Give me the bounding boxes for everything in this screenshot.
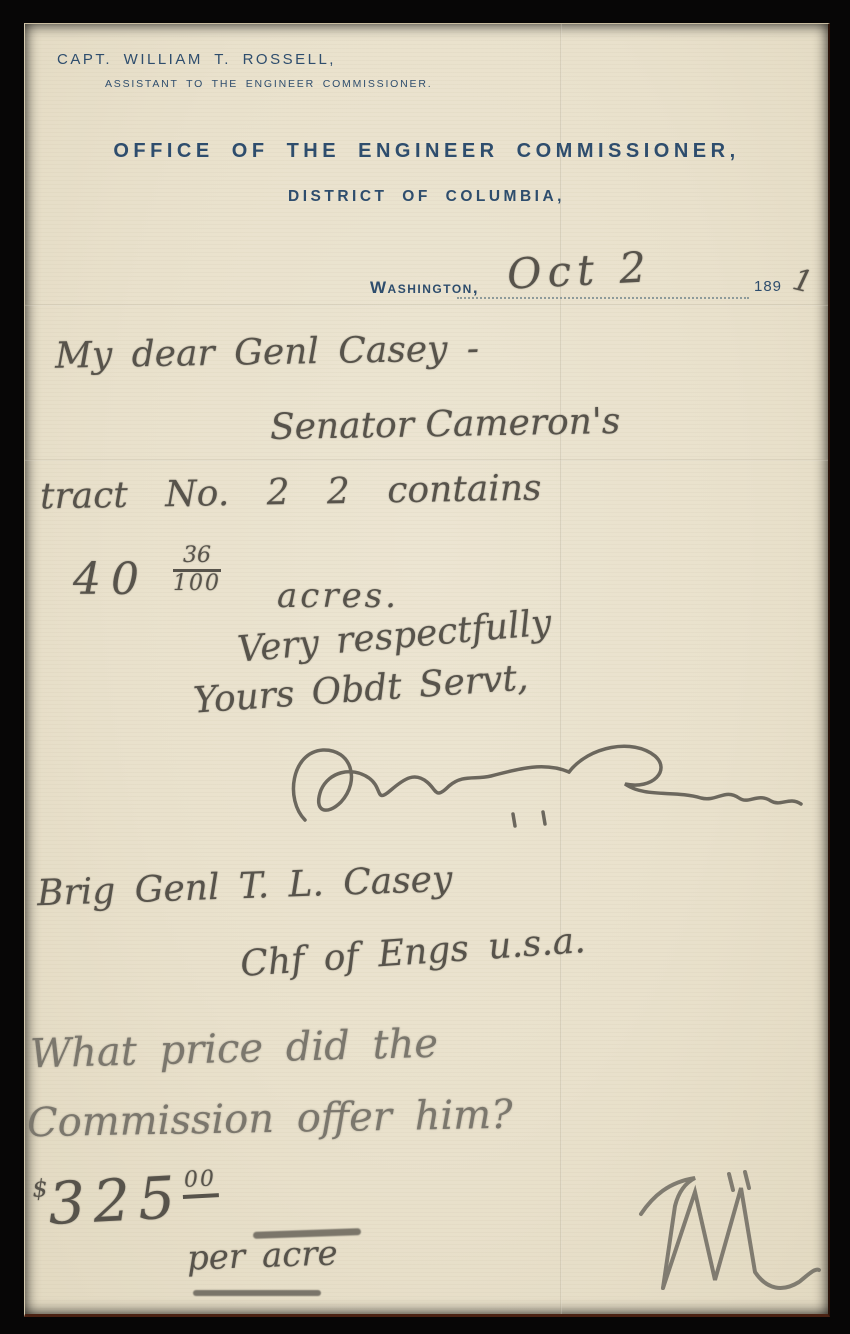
reviewer-monogram-scrawl [633,1152,823,1317]
dateline-year-printed: 189 [754,278,782,295]
body-line-2: tract No. 2 2 contains [40,468,542,518]
letterhead-office-title: OFFICE OF THE ENGINEER COMMISSIONER, [25,140,828,163]
body-line-1: Senator Cameron's [270,401,621,448]
horizontal-fold-crease-upper [25,304,828,306]
vertical-fold-crease [560,24,562,1314]
amount-cents: 00 [181,1166,219,1199]
letter-paper: CAPT. WILLIAM T. ROSSELL, ASSISTANT TO T… [24,23,830,1317]
annotation-amount: $32500 [31,1161,220,1239]
annotation-question-line-1: What price did the [29,1021,438,1078]
horizontal-fold-crease-lower [25,459,828,461]
annotation-question-line-2: Commission offer him? [27,1092,513,1146]
letterhead-district-line: DISTRICT OF COLUMBIA, [25,188,828,206]
addressee-line-1: Brig Genl T. L. Casey [36,859,453,914]
signature-scrawl [277,722,812,840]
handwritten-date: Oct 2 [506,242,653,299]
addressee-line-2: Chf of Engs u.s.a. [239,920,587,985]
amount-main-digits: 325 [47,1163,185,1238]
per-acre-underline-smudge [193,1290,321,1296]
salutation: My dear Genl Casey - [55,328,480,376]
acreage-whole-number: 40 [73,554,149,605]
letterhead-officer-name: CAPT. WILLIAM T. ROSSELL, [57,51,336,68]
handwritten-year-digit: 1 [789,262,816,301]
letterhead-officer-title: ASSISTANT TO THE ENGINEER COMMISSIONER. [105,78,432,90]
acreage-unit: acres. [277,576,399,616]
fraction-numerator: 36 [173,544,221,572]
acreage-fraction: 36 100 [173,544,221,596]
fraction-denominator: 100 [173,572,221,596]
annotation-per-acre: per acre [186,1233,338,1278]
